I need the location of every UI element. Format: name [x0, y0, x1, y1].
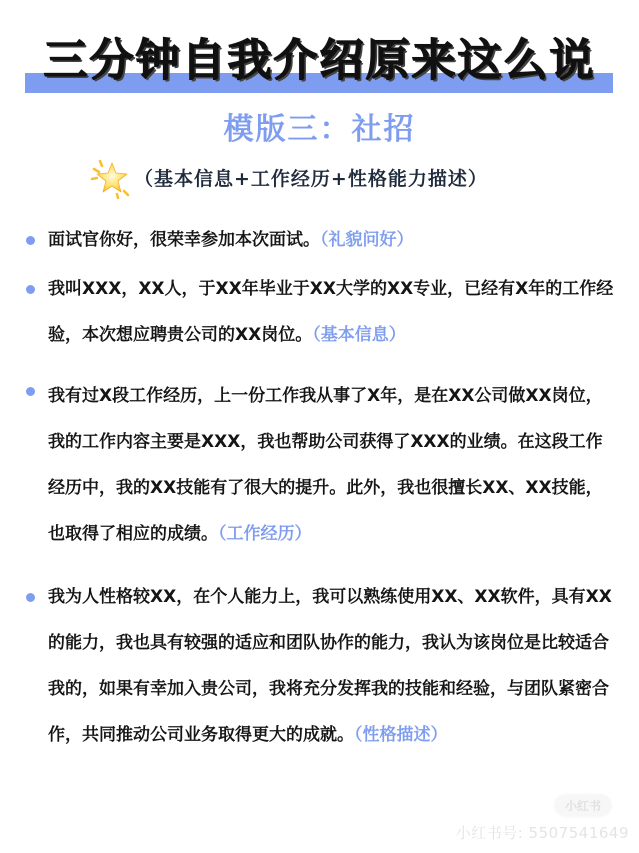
- list-item-greeting: 面试官你好，很荣幸参加本次面试。（礼貌问好）: [48, 217, 618, 263]
- watermark: 小红书 小红书号: 5507541649: [456, 795, 629, 843]
- bullet-dot-icon: [26, 387, 35, 396]
- item-tag: （基本信息）: [312, 325, 406, 345]
- list-item-personality: 我为人性格较XX，在个人能力上，我可以熟练使用XX、XX软件，具有XX的能力，我…: [48, 574, 618, 758]
- structure-description: （基本信息+工作经历+性格能力描述）: [134, 164, 488, 191]
- bullet-dot-icon: [26, 593, 35, 602]
- structure-line: （基本信息+工作经历+性格能力描述）: [88, 155, 488, 199]
- watermark-badge: 小红书: [555, 795, 611, 816]
- list-item-work-experience: 我有过X段工作经历，上一份工作我从事了X年，是在XX公司做XX岗位，我的工作内容…: [48, 373, 618, 557]
- item-tag: （性格描述）: [354, 725, 448, 745]
- item-text: 我有过X段工作经历，上一份工作我从事了X年，是在XX公司做XX岗位，我的工作内容…: [48, 386, 603, 544]
- item-tag: （礼貌问好）: [320, 230, 414, 250]
- main-title-block: 三分钟自我介绍原来这么说: [0, 28, 639, 98]
- page-title: 三分钟自我介绍原来这么说: [0, 28, 639, 94]
- item-tag: （工作经历）: [218, 524, 312, 544]
- sparkle-star-icon: [88, 155, 132, 199]
- template-subtitle: 模版三：社招: [0, 108, 639, 152]
- list-item-basic-info: 我叫XXX，XX人，于XX年毕业于XX大学的XX专业，已经有X年的工作经验，本次…: [48, 266, 618, 358]
- bullet-dot-icon: [26, 285, 35, 294]
- item-text: 面试官你好，很荣幸参加本次面试。: [48, 230, 320, 250]
- item-text: 我为人性格较XX，在个人能力上，我可以熟练使用XX、XX软件，具有XX的能力，我…: [48, 587, 612, 745]
- bullet-dot-icon: [26, 236, 35, 245]
- watermark-id: 小红书号: 5507541649: [456, 822, 629, 843]
